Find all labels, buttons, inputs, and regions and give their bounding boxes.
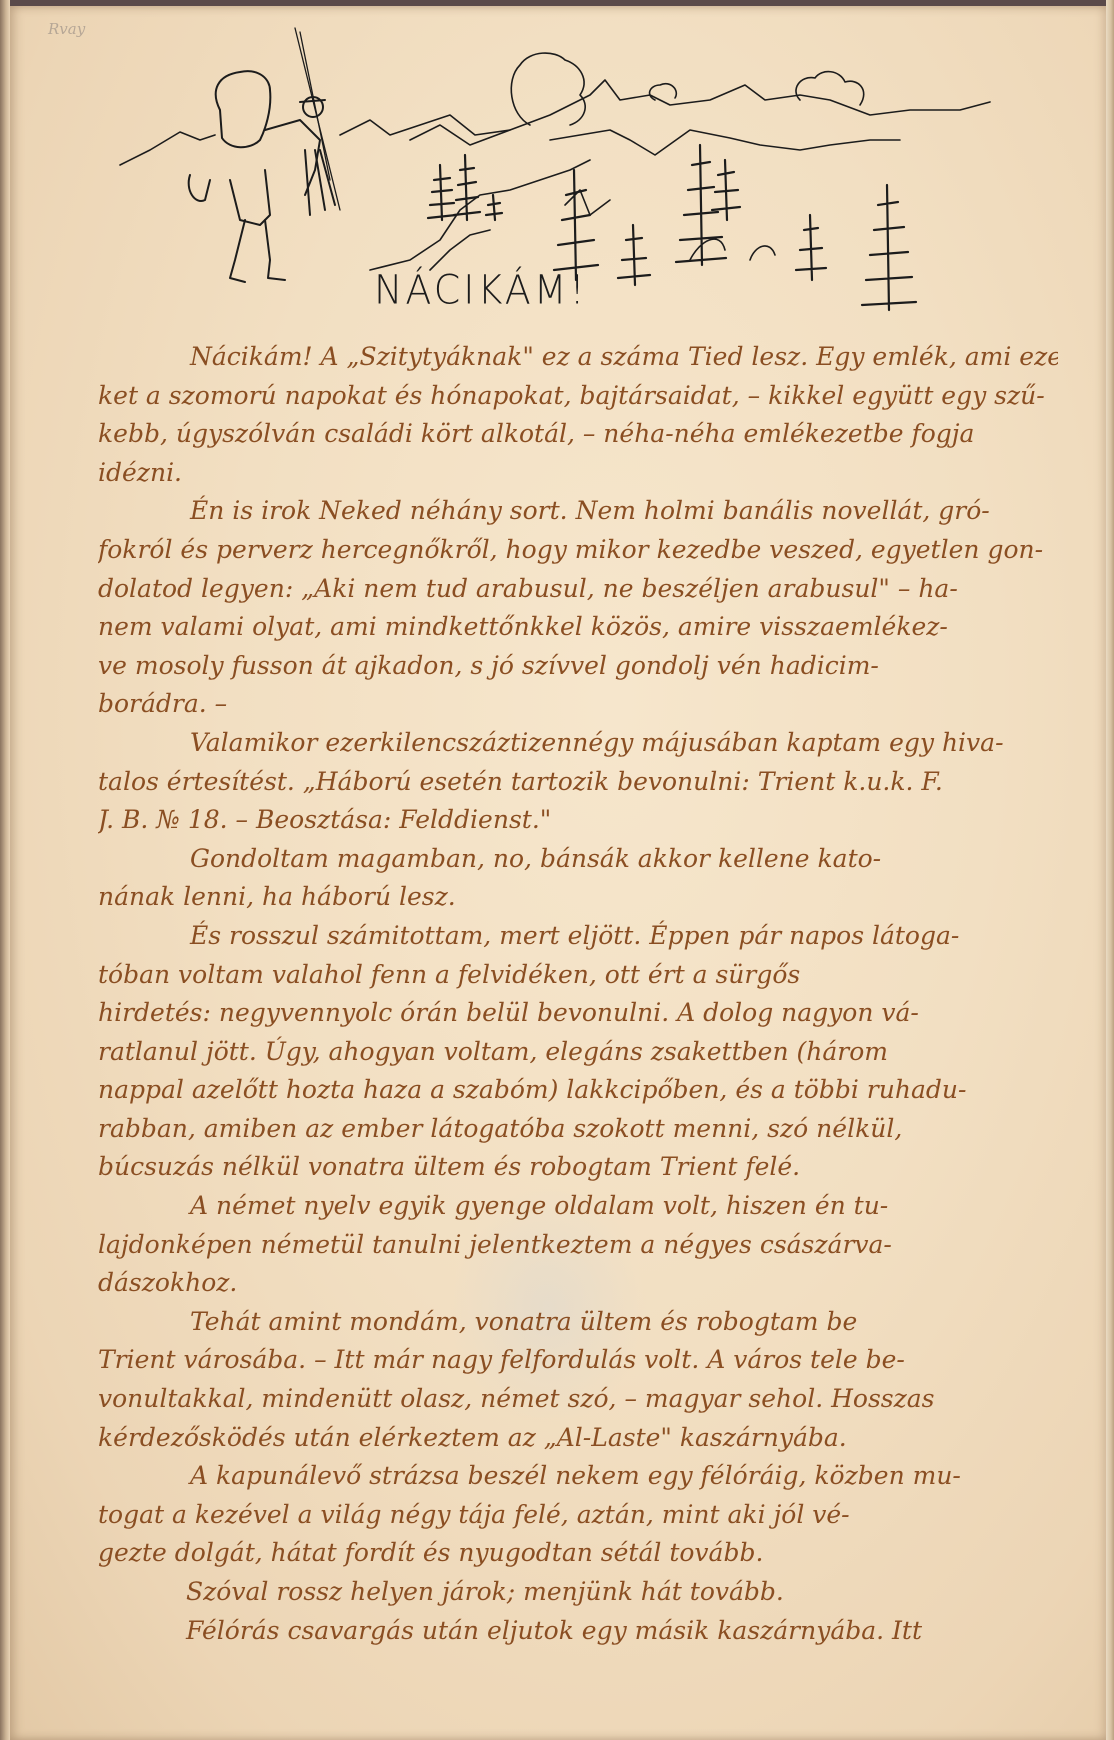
text-line: dászokhoz.	[98, 1264, 1058, 1303]
handwritten-letter: Nácikám! A „Szitytyáknak" ez a száma Tie…	[98, 338, 1058, 1650]
text-line: nem valami olyat, ami mindkettőnkkel köz…	[98, 608, 1058, 647]
text-line: Szóval rossz helyen járok; menjünk hát t…	[98, 1573, 1058, 1612]
text-line: Valamikor ezerkilencszáztizennégy májusá…	[98, 724, 1058, 763]
text-line: Félórás csavargás után eljutok egy másik…	[98, 1612, 1058, 1651]
text-line: ket a szomorú napokat és hónapokat, bajt…	[98, 377, 1058, 416]
text-line: J. B. № 18. – Beosztása: Felddienst."	[98, 801, 1058, 840]
text-line: vonultakkal, mindenütt olasz, német szó,…	[98, 1380, 1058, 1419]
text-line: talos értesítést. „Háború esetén tartozi…	[98, 763, 1058, 802]
text-line: borádra. –	[98, 685, 1058, 724]
text-line: ratlanul jött. Úgy, ahogyan voltam, eleg…	[98, 1033, 1058, 1072]
text-line: Gondoltam magamban, no, bánsák akkor kel…	[98, 840, 1058, 879]
text-line: nappal azelőtt hozta haza a szabóm) lakk…	[98, 1071, 1058, 1110]
text-line: búcsuzás nélkül vonatra ültem és robogta…	[98, 1148, 1058, 1187]
text-line: Nácikám! A „Szitytyáknak" ez a száma Tie…	[98, 338, 1058, 377]
text-line: togat a kezével a világ négy tája felé, …	[98, 1496, 1058, 1535]
text-line: A német nyelv egyik gyenge oldalam volt,…	[98, 1187, 1058, 1226]
text-line: ve mosoly fusson át ajkadon, s jó szívve…	[98, 647, 1058, 686]
text-line: tóban voltam valahol fenn a felvidéken, …	[98, 956, 1058, 995]
text-line: lajdonképen németül tanulni jelentkeztem…	[98, 1226, 1058, 1265]
text-line: idézni.	[98, 454, 1058, 493]
text-line: fokról és perverz hercegnőkről, hogy mik…	[98, 531, 1058, 570]
text-line: gezte dolgát, hátat fordít és nyugodtan …	[98, 1534, 1058, 1573]
text-line: Tehát amint mondám, vonatra ültem és rob…	[98, 1303, 1058, 1342]
text-line: nának lenni, ha háború lesz.	[98, 878, 1058, 917]
text-line: kebb, úgyszólván családi kört alkotál, –…	[98, 415, 1058, 454]
text-line: dolatod legyen: „Aki nem tud arabusul, n…	[98, 570, 1058, 609]
text-line: kérdezősködés után elérkeztem az „Al-Las…	[98, 1419, 1058, 1458]
pencil-note: Rvay	[48, 20, 85, 38]
page-edge-right	[1106, 0, 1114, 1740]
text-line: Én is irok Neked néhány sort. Nem holmi …	[98, 492, 1058, 531]
text-line: Trient városába. – Itt már nagy felfordu…	[98, 1341, 1058, 1380]
page-edge-left	[0, 0, 10, 1740]
text-line: rabban, amiben az ember látogatóba szoko…	[98, 1110, 1058, 1149]
text-line: A kapunálevő strázsa beszél nekem egy fé…	[98, 1457, 1058, 1496]
page-heading: NÁCIKÁM!	[374, 267, 588, 313]
text-line: És rosszul számitottam, mert eljött. Épp…	[98, 917, 1058, 956]
text-line: hirdetés: negyvennyolc órán belül bevonu…	[98, 994, 1058, 1033]
